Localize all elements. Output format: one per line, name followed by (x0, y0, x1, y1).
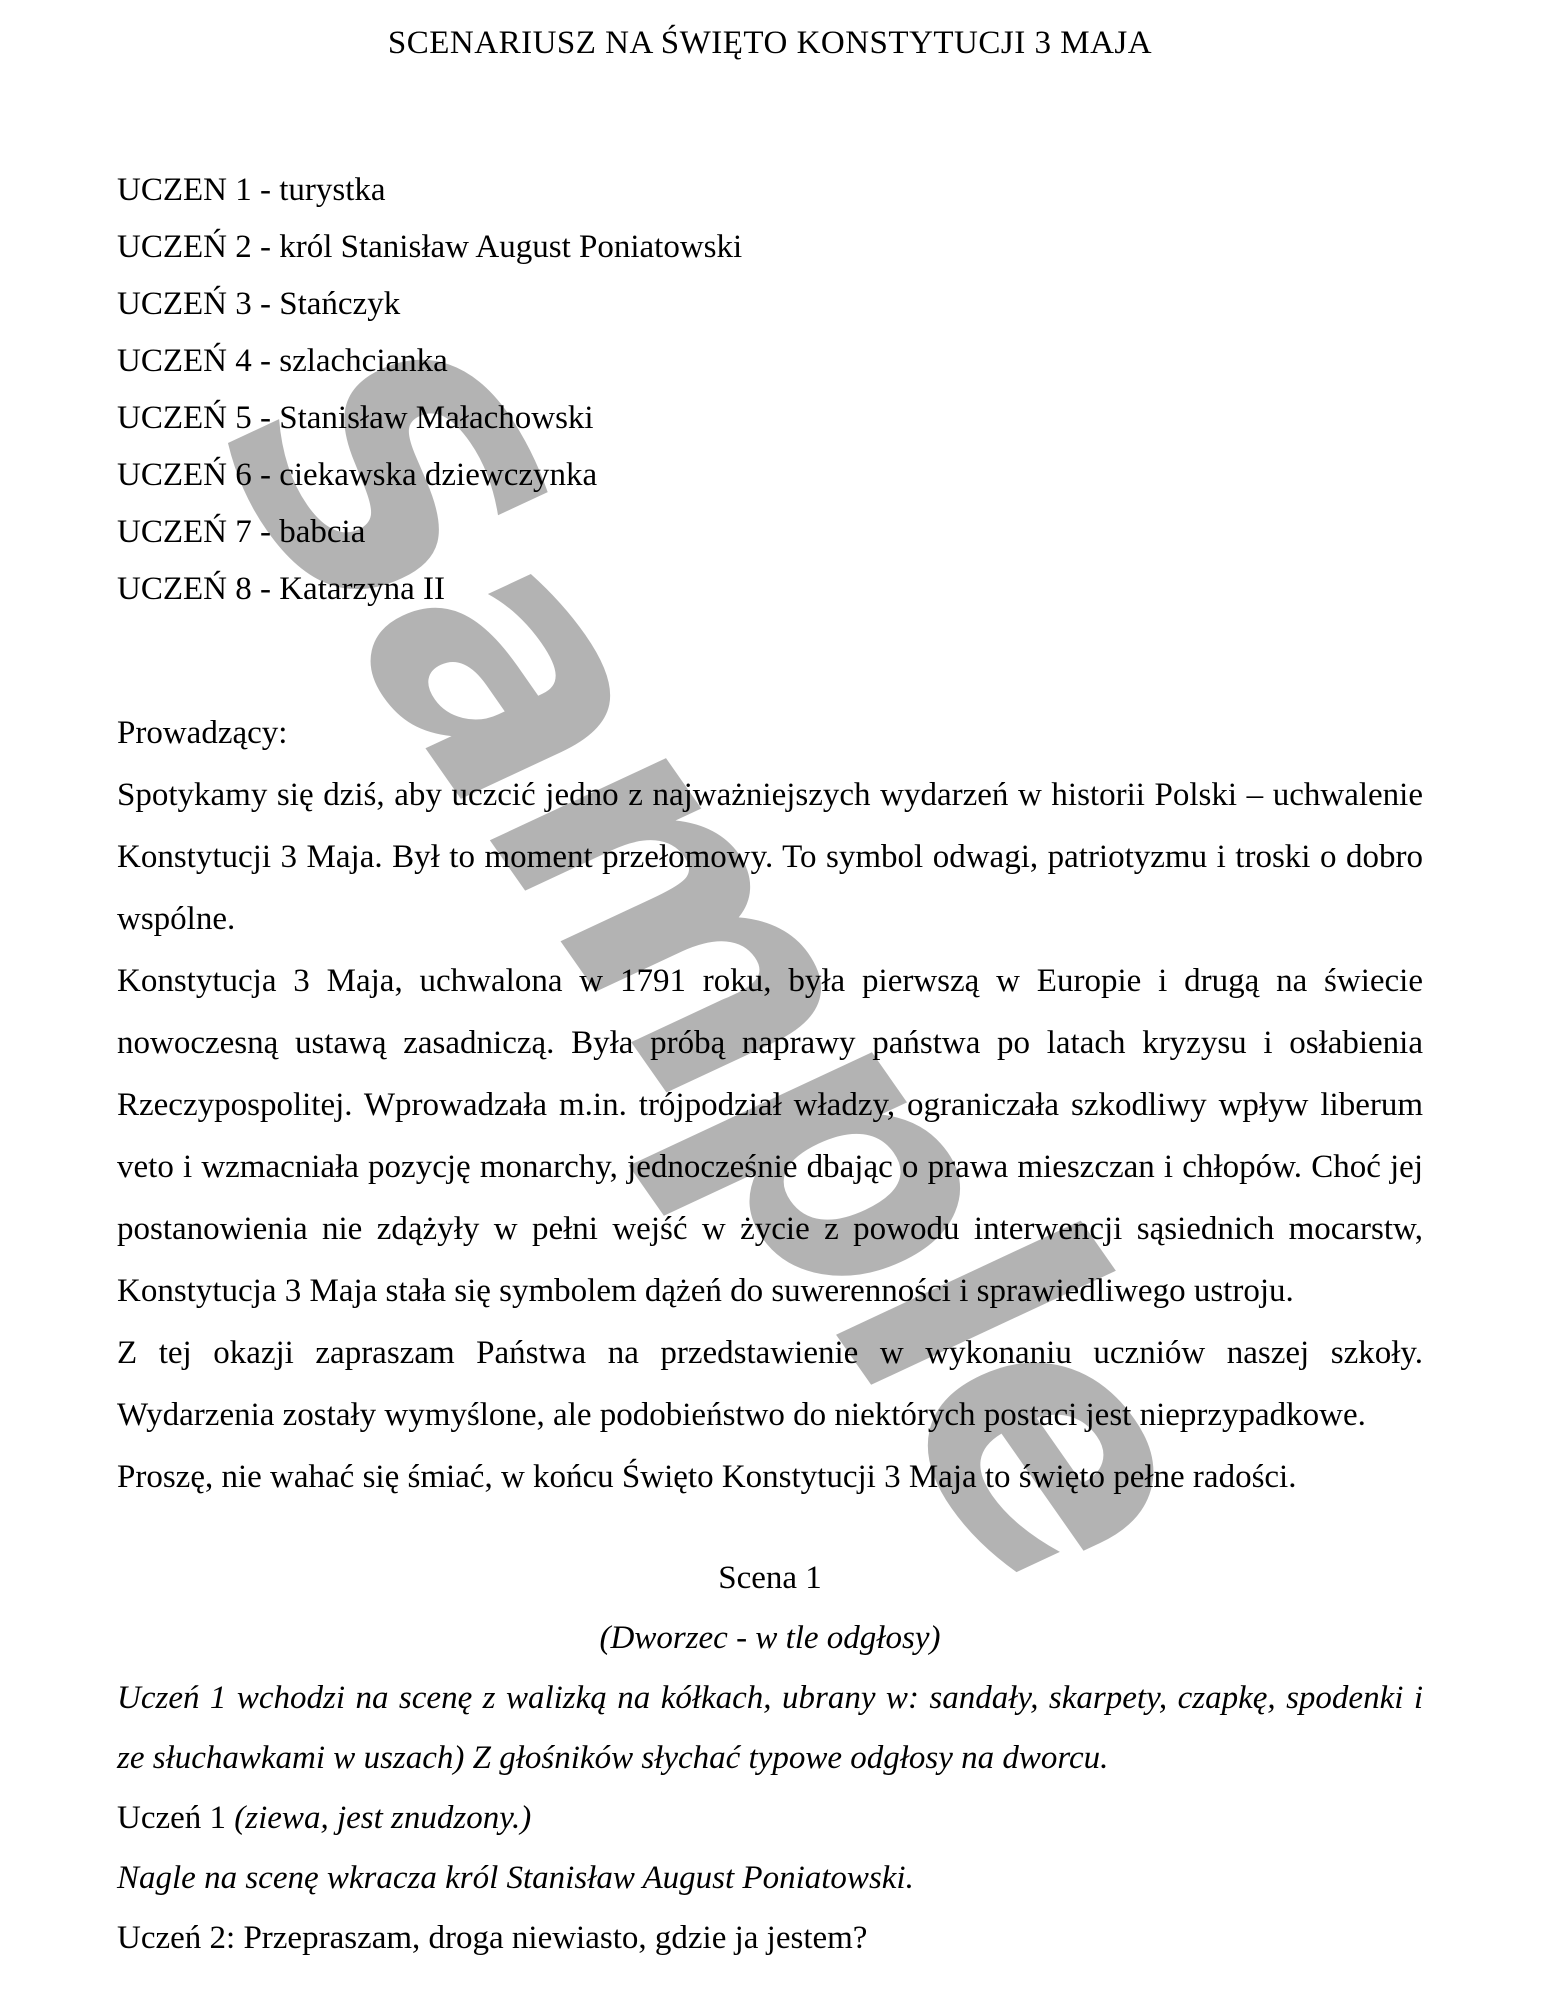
dialogue-line-uczen1: Uczeń 1 (ziewa, jest znudzony.) (117, 1788, 1423, 1848)
character-item-2: UCZEŃ 2 - król Stanisław August Poniatow… (117, 219, 1423, 276)
character-item-3: UCZEŃ 3 - Stańczyk (117, 276, 1423, 333)
host-label: Prowadzący: (117, 702, 1423, 764)
stage-direction-2: Nagle na scenę wkracza król Stanisław Au… (117, 1848, 1423, 1908)
character-list: UCZEN 1 - turystka UCZEŃ 2 - król Stanis… (117, 162, 1423, 618)
character-item-5: UCZEŃ 5 - Stanisław Małachowski (117, 390, 1423, 447)
character-item-6: UCZEŃ 6 - ciekawska dziewczynka (117, 447, 1423, 504)
host-paragraph-4: Proszę, nie wahać się śmiać, w końcu Świ… (117, 1446, 1423, 1508)
character-item-8: UCZEŃ 8 - Katarzyna II (117, 561, 1423, 618)
host-section: Prowadzący: Spotykamy się dziś, aby uczc… (117, 702, 1423, 1508)
host-paragraph-2: Konstytucja 3 Maja, uchwalona w 1791 rok… (117, 950, 1423, 1322)
character-item-7: UCZEŃ 7 - babcia (117, 504, 1423, 561)
scene-1-section: Scena 1 (Dworzec - w tle odgłosy) Uczeń … (117, 1548, 1423, 1968)
stage-direction-intro: Uczeń 1 wchodzi na scenę z walizką na kó… (117, 1668, 1423, 1788)
host-paragraph-1: Spotykamy się dziś, aby uczcić jedno z n… (117, 764, 1423, 950)
dialogue-speaker: Uczeń 1 (117, 1800, 226, 1836)
document-title: SCENARIUSZ NA ŚWIĘTO KONSTYTUCJI 3 MAJA (117, 24, 1423, 62)
document-page: Sample SCENARIUSZ NA ŚWIĘTO KONSTYTUCJI … (0, 0, 1545, 2000)
host-paragraph-3: Z tej okazji zapraszam Państwa na przeds… (117, 1322, 1423, 1446)
document-content: SCENARIUSZ NA ŚWIĘTO KONSTYTUCJI 3 MAJA … (0, 0, 1545, 1968)
character-item-4: UCZEŃ 4 - szlachcianka (117, 333, 1423, 390)
scene-setting: (Dworzec - w tle odgłosy) (117, 1608, 1423, 1668)
character-item-1: UCZEN 1 - turystka (117, 162, 1423, 219)
dialogue-stage-note: (ziewa, jest znudzony.) (234, 1800, 531, 1836)
dialogue-line-uczen2: Uczeń 2: Przepraszam, droga niewiasto, g… (117, 1908, 1423, 1968)
scene-heading: Scena 1 (117, 1548, 1423, 1608)
